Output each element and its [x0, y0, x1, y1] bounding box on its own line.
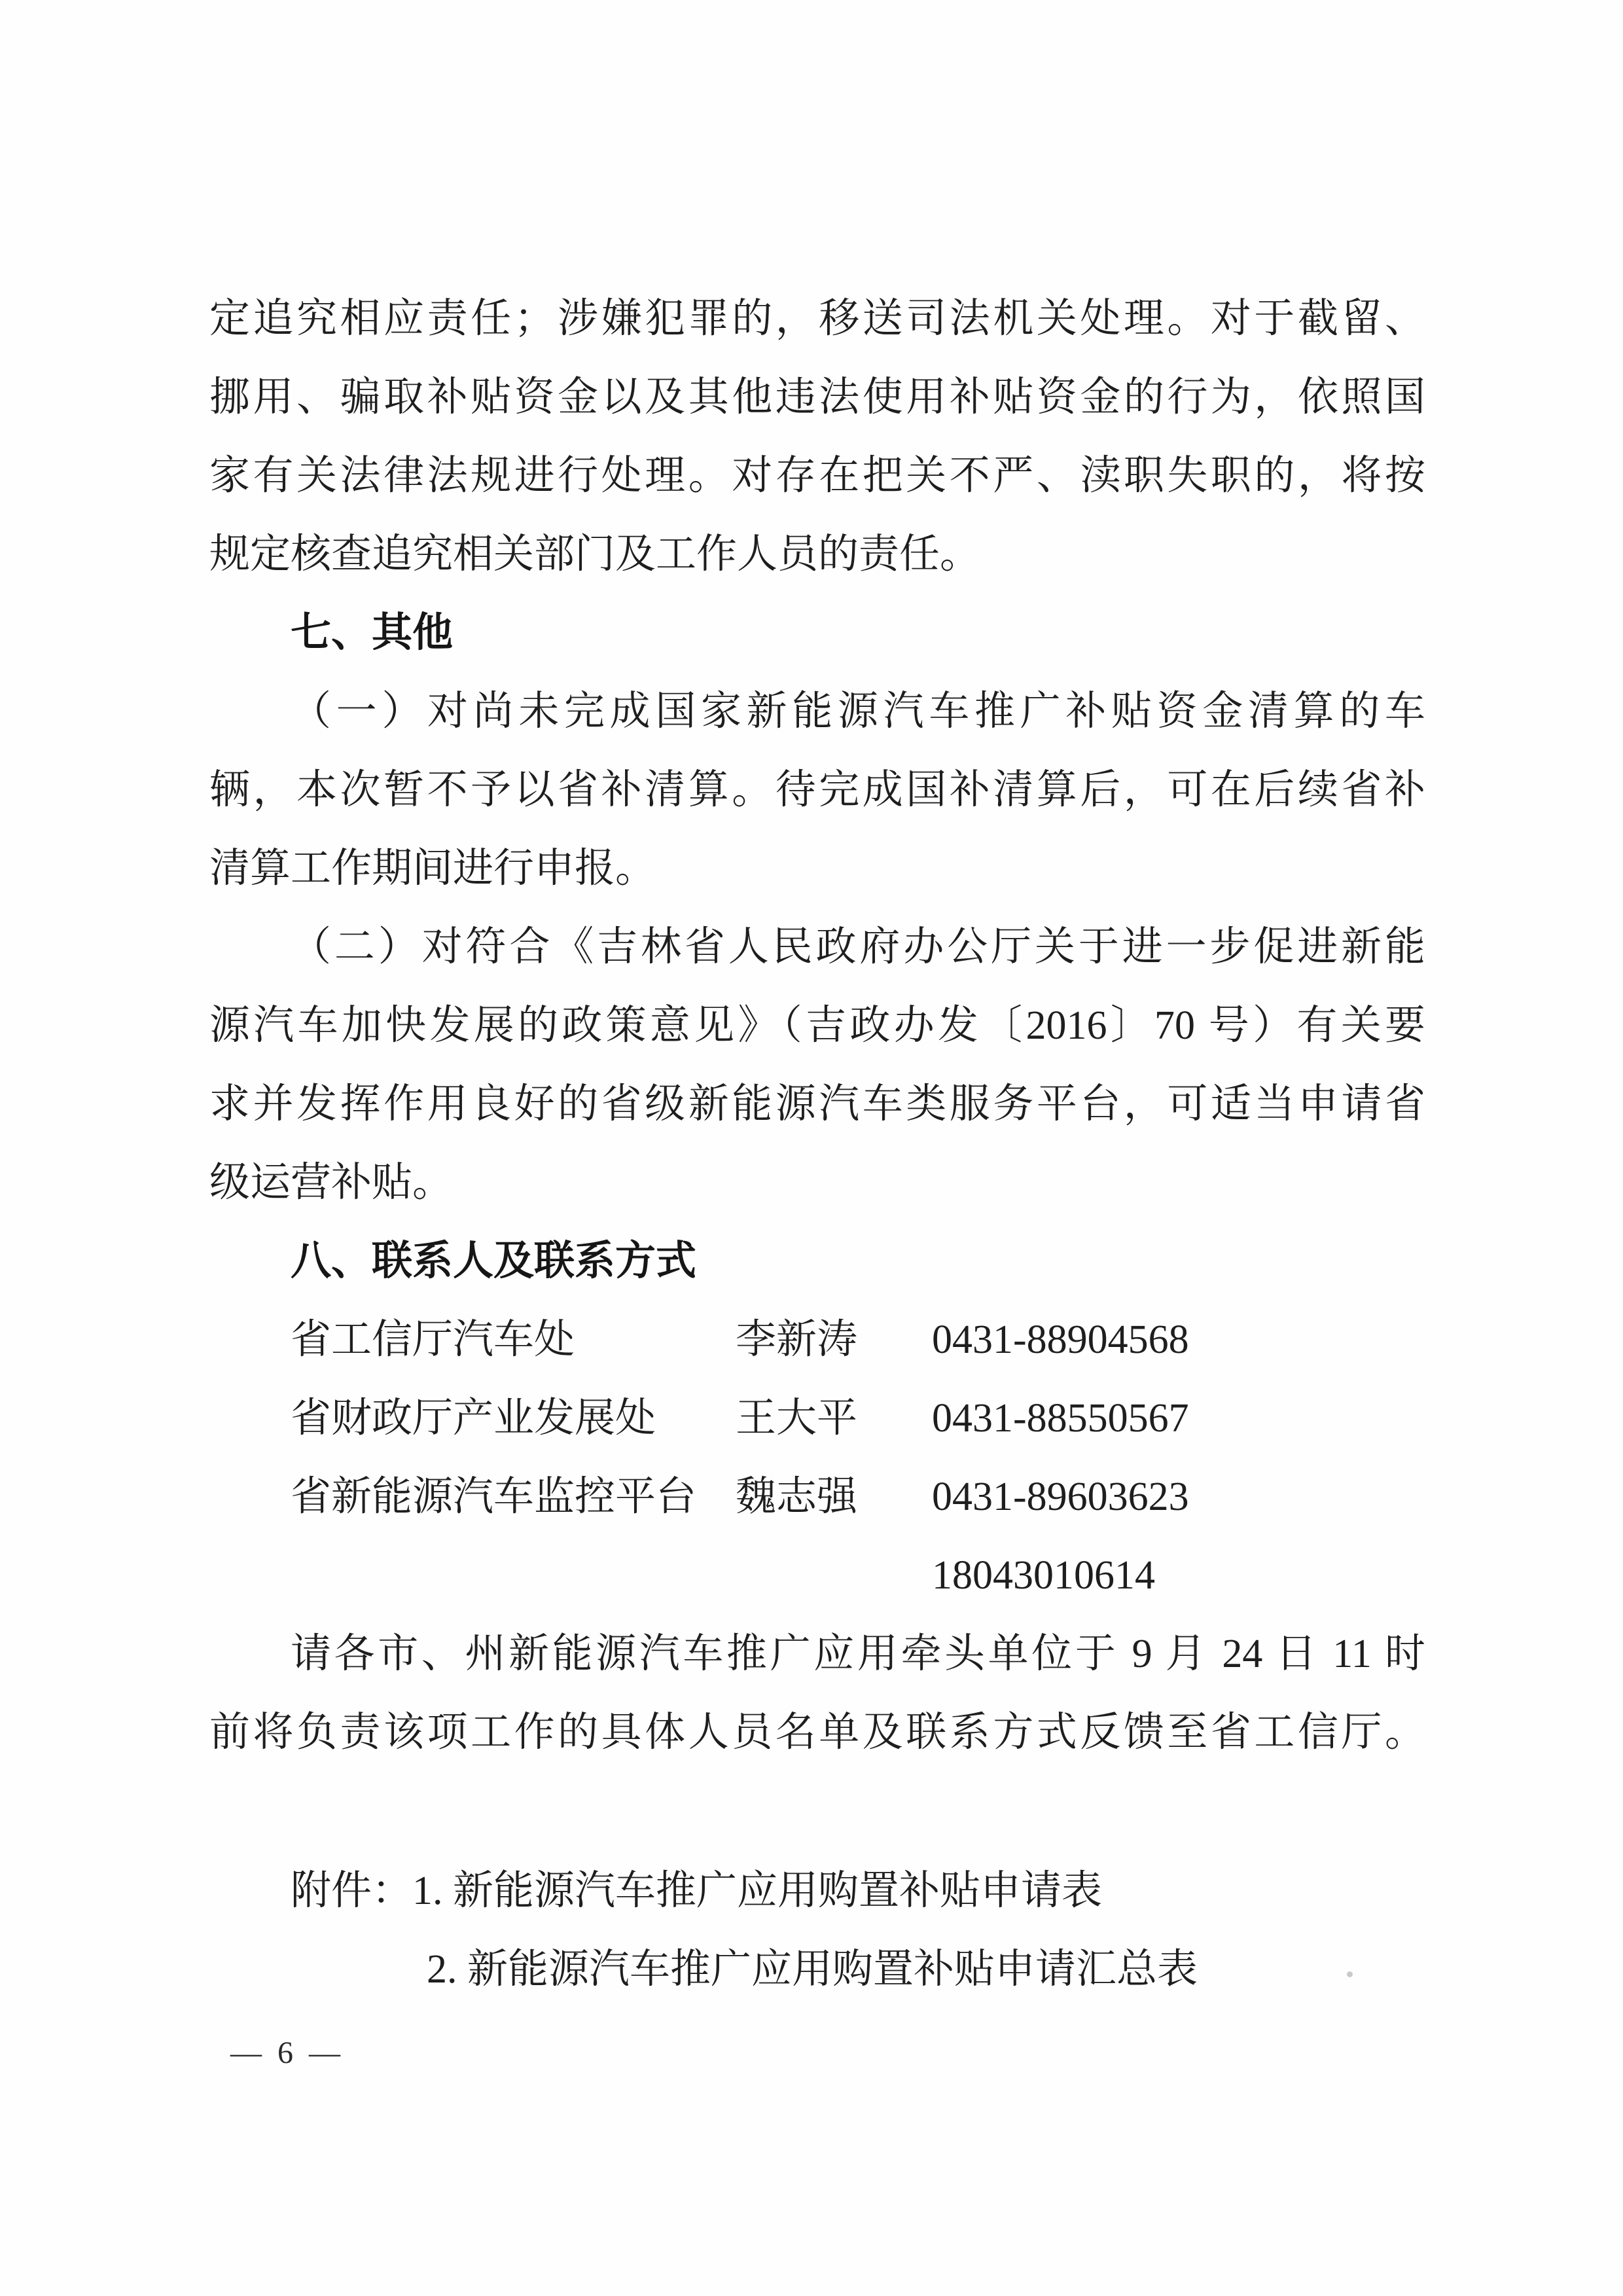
paragraph-penalty-line-3: 家有关法律法规进行处理。对存在把关不严、渎职失职的，将按 — [209, 437, 1425, 515]
contact-phone: 0431-88550567 — [932, 1379, 1425, 1458]
document-body: 定追究相应责任；涉嫌犯罪的，移送司法机关处理。对于截留、 挪用、骗取补贴资金以及… — [209, 279, 1425, 2009]
section-7-item-2-line-1: （二）对符合《吉林省人民政府办公厅关于进一步促进新能 — [209, 908, 1425, 986]
contact-row-jiankong: 省新能源汽车监控平台 魏志强 0431-89603623 — [209, 1458, 1425, 1536]
section-7-item-1-line-3: 清算工作期间进行申报。 — [209, 829, 1425, 908]
section-8-heading: 八、联系人及联系方式 — [209, 1222, 1425, 1300]
attachments-line-1: 附件：1. 新能源汽车推广应用购置补贴申请表 — [209, 1852, 1425, 1930]
section-7-item-2-line-3: 求并发挥作用良好的省级新能源汽车类服务平台，可适当申请省 — [209, 1065, 1425, 1143]
contact-org — [291, 1536, 736, 1615]
section-7-item-1-line-2: 辆，本次暂不予以省补清算。待完成国补清算后，可在后续省补 — [209, 751, 1425, 829]
paragraph-penalty-line-2: 挪用、骗取补贴资金以及其他违法使用补贴资金的行为，依照国 — [209, 358, 1425, 437]
page-number: — 6 — — [230, 2014, 344, 2092]
contact-phone: 18043010614 — [932, 1536, 1425, 1615]
contact-row-mobile: 18043010614 — [209, 1536, 1425, 1615]
contact-name: 王大平 — [736, 1379, 932, 1458]
closing-line-1: 请各市、州新能源汽车推广应用牵头单位于 9 月 24 日 11 时 — [209, 1615, 1425, 1693]
contact-org: 省新能源汽车监控平台 — [291, 1458, 736, 1536]
blank-line — [209, 1772, 1425, 1852]
contact-org: 省财政厅产业发展处 — [291, 1379, 736, 1458]
attachment-item-2: 2. 新能源汽车推广应用购置补贴申请汇总表 — [427, 1947, 1198, 1992]
section-7-item-2-line-4: 级运营补贴。 — [209, 1143, 1425, 1222]
attachments-line-2: 2. 新能源汽车推广应用购置补贴申请汇总表 — [209, 1930, 1425, 2009]
scan-artifact-dot — [1347, 1971, 1353, 1977]
contact-phone: 0431-89603623 — [932, 1458, 1425, 1536]
contact-name: 李新涛 — [736, 1300, 932, 1379]
closing-line-2: 前将负责该项工作的具体人员名单及联系方式反馈至省工信厅。 — [209, 1693, 1425, 1772]
section-7-heading: 七、其他 — [209, 594, 1425, 672]
contact-row-caizheng: 省财政厅产业发展处 王大平 0431-88550567 — [209, 1379, 1425, 1458]
contact-row-gongxin: 省工信厅汽车处 李新涛 0431-88904568 — [209, 1300, 1425, 1379]
contact-phone: 0431-88904568 — [932, 1300, 1425, 1379]
section-7-item-2-line-2: 源汽车加快发展的政策意见》（吉政办发〔2016〕70 号）有关要 — [209, 986, 1425, 1065]
section-7-item-1-line-1: （一）对尚未完成国家新能源汽车推广补贴资金清算的车 — [209, 672, 1425, 751]
contact-name — [736, 1536, 932, 1615]
document-page: 定追究相应责任；涉嫌犯罪的，移送司法机关处理。对于截留、 挪用、骗取补贴资金以及… — [0, 0, 1623, 2296]
contact-org: 省工信厅汽车处 — [291, 1300, 736, 1379]
paragraph-penalty-line-1: 定追究相应责任；涉嫌犯罪的，移送司法机关处理。对于截留、 — [209, 279, 1425, 358]
paragraph-penalty-line-4: 规定核查追究相关部门及工作人员的责任。 — [209, 515, 1425, 594]
contact-name: 魏志强 — [736, 1458, 932, 1536]
attachments-label: 附件： — [291, 1869, 412, 1913]
attachment-item-1: 1. 新能源汽车推广应用购置补贴申请表 — [412, 1869, 1102, 1913]
